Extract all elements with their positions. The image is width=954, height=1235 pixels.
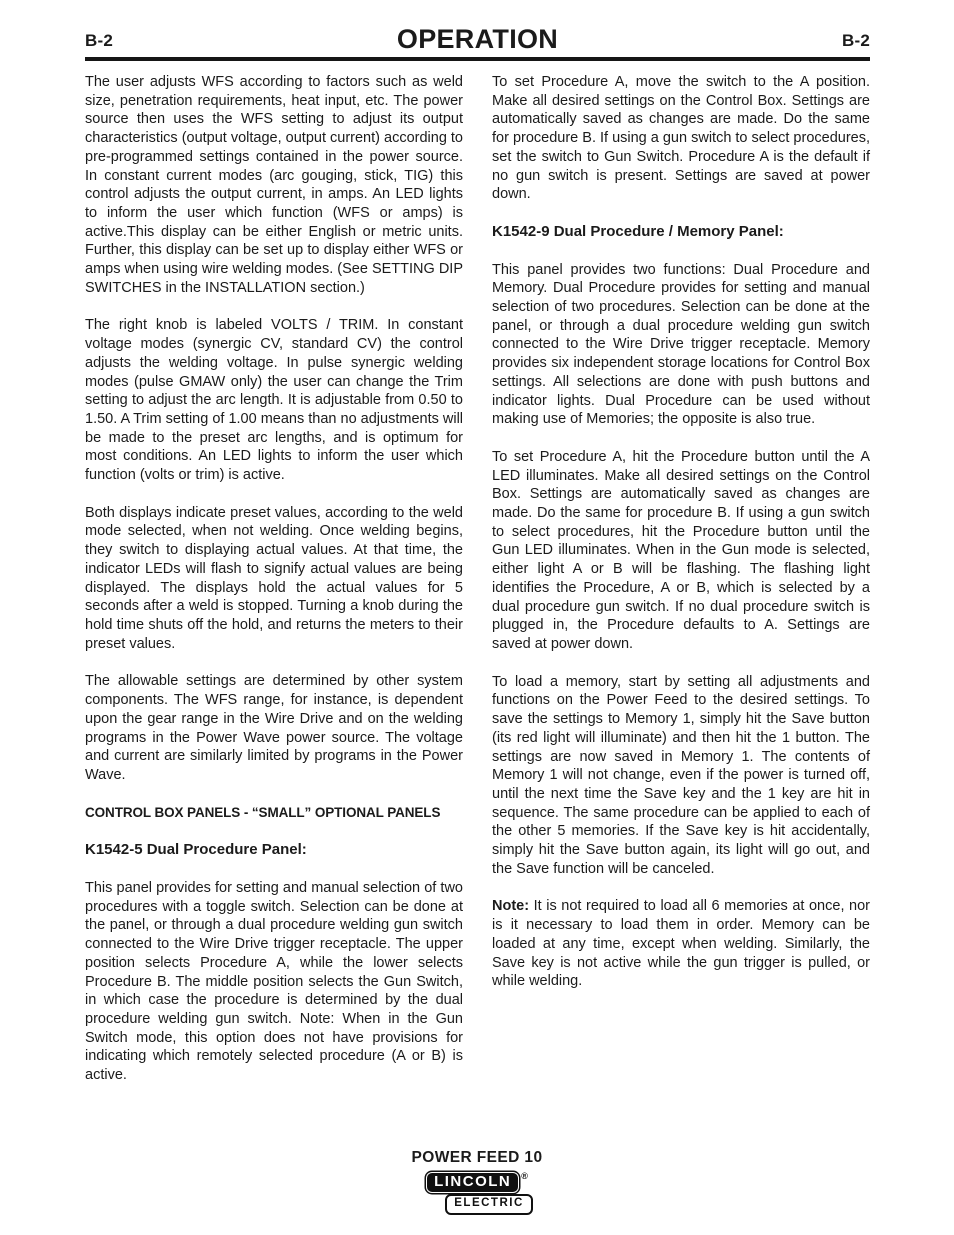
logo-top-row: LINCOLN ® (421, 1172, 533, 1193)
body-paragraph: To set Procedure A, hit the Procedure bu… (492, 448, 870, 654)
lincoln-electric-logo: LINCOLN ® ELECTRIC (421, 1172, 533, 1215)
page-header: B-2 OPERATION B-2 (85, 26, 870, 53)
body-paragraph: To set Procedure A, move the switch to t… (492, 73, 870, 204)
section-heading: CONTROL BOX PANELS - “SMALL” OPTIONAL PA… (85, 804, 463, 823)
page-number-right: B-2 (842, 31, 870, 53)
header-rule (85, 57, 870, 61)
body-paragraph: The allowable settings are determined by… (85, 672, 463, 784)
body-paragraph: This panel provides for setting and manu… (85, 879, 463, 1085)
body-paragraph: Both displays indicate preset values, ac… (85, 504, 463, 654)
note-text: It is not required to load all 6 memorie… (492, 898, 870, 989)
page-title: OPERATION (397, 26, 558, 53)
manual-page: B-2 OPERATION B-2 The user adjusts WFS a… (0, 0, 954, 1235)
logo-electric-text: ELECTRIC (445, 1194, 533, 1215)
body-paragraph: To load a memory, start by setting all a… (492, 673, 870, 879)
body-paragraph: This panel provides two functions: Dual … (492, 261, 870, 429)
left-column: The user adjusts WFS according to factor… (85, 73, 463, 1104)
product-name: POWER FEED 10 (0, 1149, 954, 1167)
body-paragraph: The right knob is labeled VOLTS / TRIM. … (85, 316, 463, 484)
panel-heading-k1542-5: K1542-5 Dual Procedure Panel: (85, 841, 463, 860)
body-paragraph: The user adjusts WFS according to factor… (85, 73, 463, 297)
content-columns: The user adjusts WFS according to factor… (85, 73, 870, 1104)
page-number-left: B-2 (85, 31, 113, 53)
registered-trademark-icon: ® (521, 1171, 528, 1181)
panel-heading-k1542-9: K1542-9 Dual Procedure / Memory Panel: (492, 223, 870, 242)
right-column: To set Procedure A, move the switch to t… (492, 73, 870, 1104)
logo-lincoln-text: LINCOLN (426, 1172, 519, 1193)
note-paragraph: Note: It is not required to load all 6 m… (492, 897, 870, 991)
note-label: Note: (492, 898, 529, 914)
page-footer: POWER FEED 10 LINCOLN ® ELECTRIC (0, 1149, 954, 1215)
